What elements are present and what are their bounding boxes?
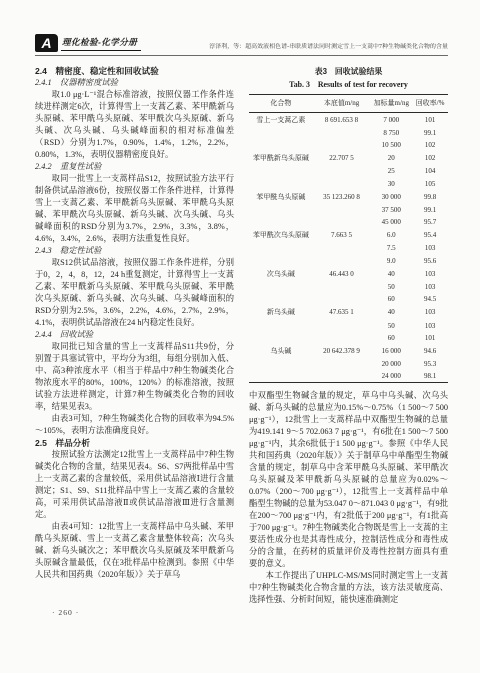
paragraph: 取同一批雪上一支蒿样品S12，按照试验方法平行制备供试品溶液6份，按照仪器工作条… (35, 173, 234, 245)
table-row: 25104 (249, 165, 448, 177)
recovery-rate-cell: 95.7 (412, 216, 448, 228)
section-heading: 2.4.3 稳定性试验 (35, 245, 234, 257)
recovery-rate-cell: 94.6 (412, 344, 448, 358)
base-value-cell (313, 216, 371, 228)
compound-cell (249, 293, 313, 305)
recovery-rate-cell: 104 (412, 165, 448, 177)
recovery-rate-cell: 99.1 (412, 204, 448, 216)
spike-amount-cell: 9.0 (370, 255, 412, 267)
base-value-cell: 22.707 5 (313, 151, 371, 165)
spike-amount-cell: 16 000 (370, 344, 412, 358)
spike-amount-cell: 6.0 (370, 228, 412, 242)
base-value-cell (313, 370, 371, 383)
recovery-rate-cell: 103 (412, 320, 448, 332)
spike-amount-cell: 8 750 (370, 127, 412, 139)
paper-page: A 理化检验-化学分册 淳泽利，等：超高效液相色谱-串联质谱法同时测定雪上一支蒿… (0, 0, 480, 673)
spike-amount-cell: 25 (370, 165, 412, 177)
compound-cell (249, 216, 313, 228)
compound-cell (249, 281, 313, 293)
compound-cell (249, 370, 313, 383)
paragraph: 由表4可知：12批雪上一支蒿样品中乌头碱、苯甲酰乌头原碱、雪上一支蒿乙素含量整体… (35, 521, 234, 581)
recovery-table: 化合物本底值m/ng加标量m/ng回收率/% 雪上一支蒿乙素8 691.653 … (249, 94, 448, 383)
table-row: 20 00095.3 (249, 358, 448, 370)
recovery-rate-cell: 103 (412, 281, 448, 293)
compound-cell (249, 139, 313, 151)
table-row: 7.5103 (249, 242, 448, 254)
base-value-cell: 8 691.653 8 (313, 112, 371, 127)
column-header: 加标量m/ng (370, 95, 412, 113)
compound-cell: 次乌头碱 (249, 267, 313, 281)
table-row: 次乌头碱46.443 040103 (249, 267, 448, 281)
section-heading: 2.4.2 重复性试验 (35, 161, 234, 173)
base-value-cell: 47.635 1 (313, 305, 371, 319)
recovery-rate-cell: 99.8 (412, 190, 448, 204)
section-heading: 2.4.4 回收试验 (35, 329, 234, 341)
compound-cell: 雪上一支蒿乙素 (249, 112, 313, 127)
page-number: · 260 · (52, 608, 79, 617)
recovery-rate-cell: 103 (412, 267, 448, 281)
compound-cell (249, 165, 313, 177)
recovery-rate-cell: 105 (412, 177, 448, 189)
compound-cell: 乌头碱 (249, 344, 313, 358)
spike-amount-cell: 30 (370, 177, 412, 189)
table-row: 6094.5 (249, 293, 448, 305)
base-value-cell (313, 127, 371, 139)
spike-amount-cell: 40 (370, 305, 412, 319)
spike-amount-cell: 40 (370, 267, 412, 281)
base-value-cell (313, 320, 371, 332)
table-row: 10 500102 (249, 139, 448, 151)
recovery-rate-cell: 98.1 (412, 370, 448, 383)
right-column: 表3 回收试验结果 Tab. 3 Results of test for rec… (249, 65, 448, 606)
section-heading: 2.5 样品分析 (35, 437, 234, 449)
base-value-cell (313, 332, 371, 344)
section-heading: 2.4.1 仪器精密度试验 (35, 77, 234, 89)
table-row: 30105 (249, 177, 448, 189)
spike-amount-cell: 30 000 (370, 190, 412, 204)
base-value-cell (313, 358, 371, 370)
paragraph: 中双酯型生物碱含量的规定，草乌中乌头碱、次乌头碱、新乌头碱的总量应为0.15%～… (249, 390, 448, 570)
base-value-cell (313, 177, 371, 189)
paragraph: 按照试验方法测定12批雪上一支蒿样品中7种生物碱类化合物的含量，结果见表4。S6… (35, 449, 234, 521)
spike-amount-cell: 50 (370, 281, 412, 293)
base-value-cell: 7.663 5 (313, 228, 371, 242)
table-title-en: Tab. 3 Results of test for recovery (249, 79, 448, 90)
base-value-cell (313, 165, 371, 177)
page-header: A 理化检验-化学分册 淳泽利，等：超高效液相色谱-串联质谱法同时测定雪上一支蒿… (35, 34, 448, 56)
compound-cell: 苯甲酰乌头原碱 (249, 190, 313, 204)
spike-amount-cell: 60 (370, 293, 412, 305)
recovery-rate-cell: 94.5 (412, 293, 448, 305)
recovery-rate-cell: 99.1 (412, 127, 448, 139)
base-value-cell (313, 281, 371, 293)
base-value-cell (313, 255, 371, 267)
spike-amount-cell: 60 (370, 332, 412, 344)
table-row: 50103 (249, 320, 448, 332)
journal-logo-icon: A (35, 34, 58, 52)
recovery-rate-cell: 101 (412, 112, 448, 127)
compound-cell (249, 358, 313, 370)
compound-cell (249, 242, 313, 254)
spike-amount-cell: 20 000 (370, 358, 412, 370)
spike-amount-cell: 50 (370, 320, 412, 332)
recovery-rate-cell: 103 (412, 242, 448, 254)
spike-amount-cell: 10 500 (370, 139, 412, 151)
running-head: 淳泽利，等：超高效液相色谱-串联质谱法同时测定雪上一支蒿中7种生物碱类化合物的含… (209, 41, 448, 52)
table-body: 雪上一支蒿乙素8 691.653 87 0001018 75099.110 50… (249, 112, 448, 383)
base-value-cell (313, 242, 371, 254)
table-row: 苯甲酰乌头原碱35 123.260 830 00099.8 (249, 190, 448, 204)
compound-cell (249, 320, 313, 332)
paragraph: 本工作提出了UHPLC-MS/MS同时测定雪上一支蒿中7种生物碱类化合物含量的方… (249, 570, 448, 606)
recovery-rate-cell: 102 (412, 151, 448, 165)
base-value-cell: 35 123.260 8 (313, 190, 371, 204)
table-row: 新乌头碱47.635 140103 (249, 305, 448, 319)
base-value-cell: 20 642.378 9 (313, 344, 371, 358)
base-value-cell (313, 293, 371, 305)
compound-cell (249, 255, 313, 267)
two-column-layout: 2.4 精密度、稳定性和回收试验2.4.1 仪器精密度试验取1.0 μg·L⁻¹… (35, 65, 448, 606)
table-row: 37 50099.1 (249, 204, 448, 216)
spike-amount-cell: 20 (370, 151, 412, 165)
base-value-cell (313, 204, 371, 216)
table-row: 24 00098.1 (249, 370, 448, 383)
paragraph: 取同批已知含量的雪上一支蒿样品S11共9份，分别置于具塞试管中，平均分为3组，每… (35, 341, 234, 413)
spike-amount-cell: 37 500 (370, 204, 412, 216)
recovery-rate-cell: 101 (412, 332, 448, 344)
compound-cell (249, 177, 313, 189)
recovery-rate-cell: 103 (412, 305, 448, 319)
base-value-cell: 46.443 0 (313, 267, 371, 281)
column-header: 本底值m/ng (313, 95, 371, 113)
table-row: 雪上一支蒿乙素8 691.653 87 000101 (249, 112, 448, 127)
base-value-cell (313, 139, 371, 151)
table-row: 苯甲酰次乌头原碱7.663 56.095.4 (249, 228, 448, 242)
journal-name: 理化检验-化学分册 (61, 36, 141, 51)
right-column-text: 中双酯型生物碱含量的规定，草乌中乌头碱、次乌头碱、新乌头碱的总量应为0.15%～… (249, 390, 448, 606)
table-row: 50103 (249, 281, 448, 293)
table-header-row: 化合物本底值m/ng加标量m/ng回收率/% (249, 95, 448, 113)
paragraph: 由表3可知，7种生物碱类化合物的回收率为94.5%～105%，表明方法准确度良好… (35, 413, 234, 437)
spike-amount-cell: 7 000 (370, 112, 412, 127)
paragraph: 取1.0 μg·L⁻¹混合标准溶液，按照仪器工作条件连续进样测定6次，计算得雪上… (35, 89, 234, 161)
table-row: 8 75099.1 (249, 127, 448, 139)
table-row: 9.095.6 (249, 255, 448, 267)
recovery-rate-cell: 95.6 (412, 255, 448, 267)
table-title-zh: 表3 回收试验结果 (249, 66, 448, 77)
table-row: 45 00095.7 (249, 216, 448, 228)
recovery-rate-cell: 102 (412, 139, 448, 151)
table-row: 苯甲酰新乌头原碱22.707 520102 (249, 151, 448, 165)
recovery-rate-cell: 95.3 (412, 358, 448, 370)
compound-cell: 苯甲酰次乌头原碱 (249, 228, 313, 242)
compound-cell: 苯甲酰新乌头原碱 (249, 151, 313, 165)
recovery-rate-cell: 95.4 (412, 228, 448, 242)
spike-amount-cell: 7.5 (370, 242, 412, 254)
table-row: 乌头碱20 642.378 916 00094.6 (249, 344, 448, 358)
compound-cell (249, 127, 313, 139)
column-header: 回收率/% (412, 95, 448, 113)
table-row: 60101 (249, 332, 448, 344)
spike-amount-cell: 24 000 (370, 370, 412, 383)
compound-cell (249, 332, 313, 344)
section-heading: 2.4 精密度、稳定性和回收试验 (35, 65, 234, 77)
paragraph: 取S12供试品溶液，按照仪器工作条件进样，分别于0，2，4，8，12，24 h重… (35, 257, 234, 329)
left-column: 2.4 精密度、稳定性和回收试验2.4.1 仪器精密度试验取1.0 μg·L⁻¹… (35, 65, 234, 606)
spike-amount-cell: 45 000 (370, 216, 412, 228)
compound-cell (249, 204, 313, 216)
journal-logo: A 理化检验-化学分册 (35, 34, 141, 52)
compound-cell: 新乌头碱 (249, 305, 313, 319)
column-header: 化合物 (249, 95, 313, 113)
